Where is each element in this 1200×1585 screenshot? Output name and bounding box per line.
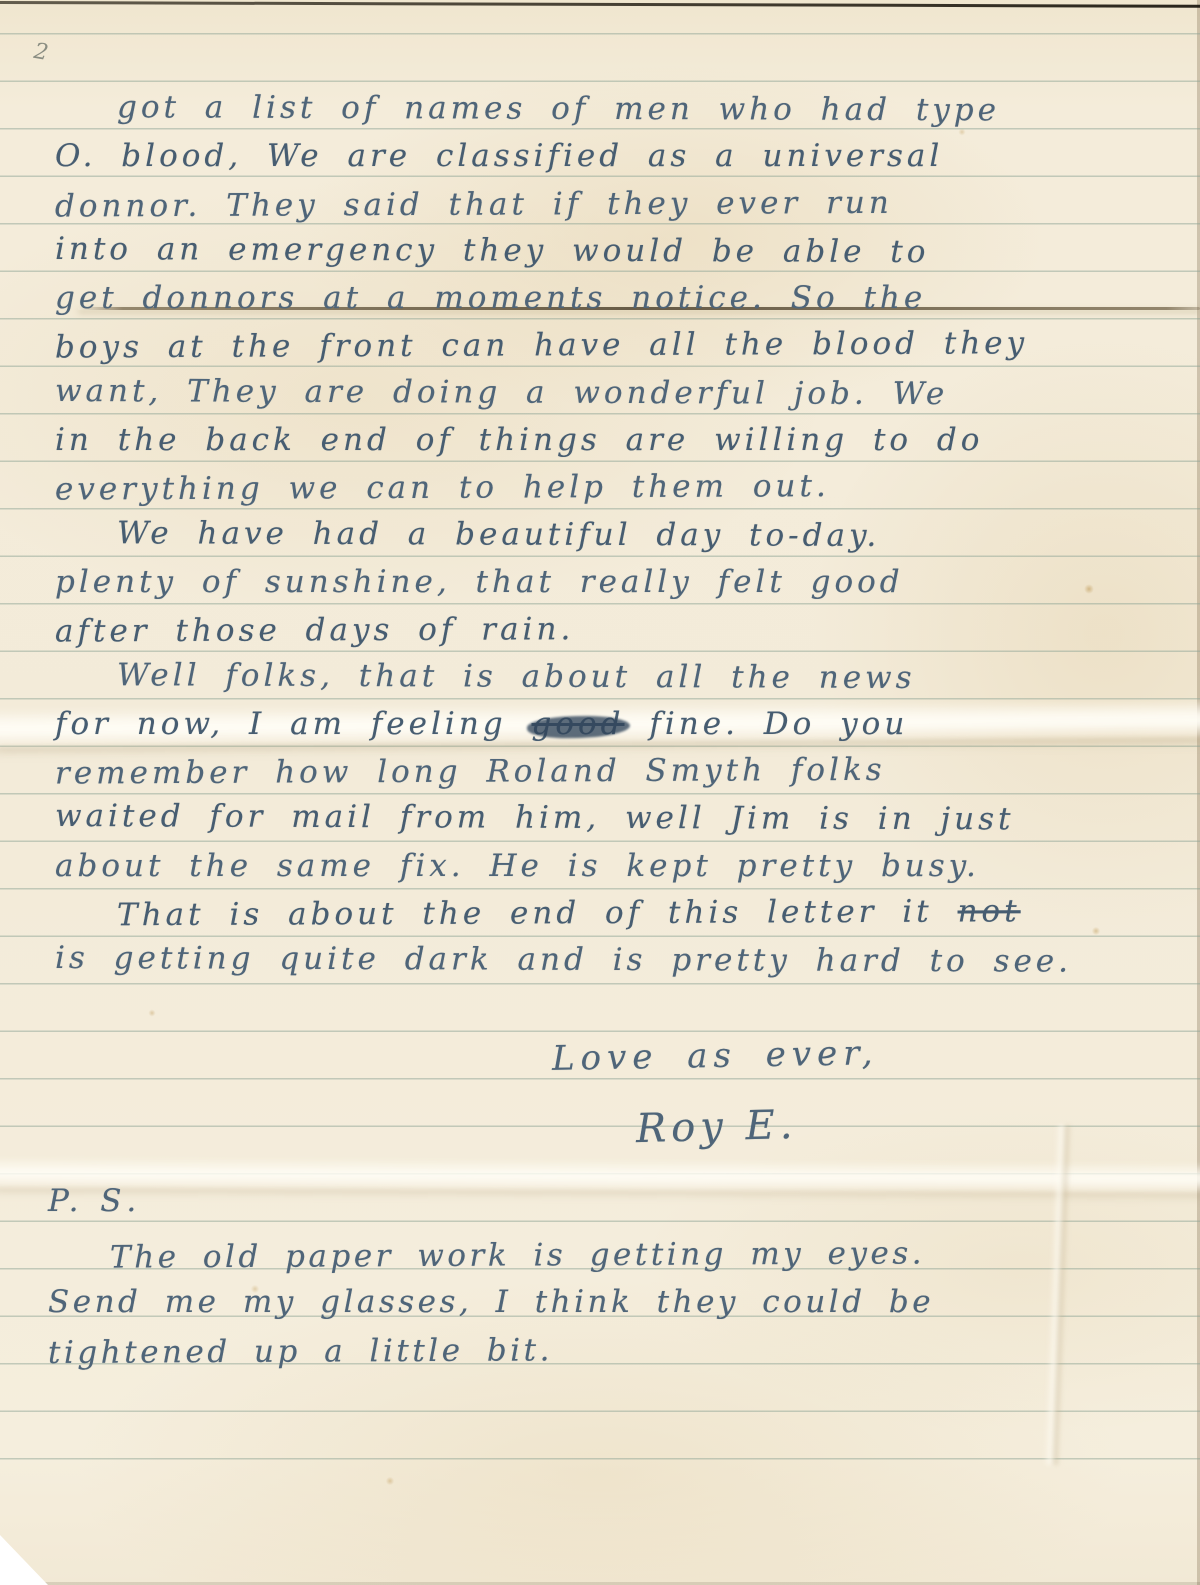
valediction: Love as ever, — [552, 1033, 879, 1079]
letter-closing: Love as ever, Roy E. — [0, 1030, 1200, 1170]
handwritten-line: is getting quite dark and is pretty hard… — [55, 935, 1200, 986]
postscript: P. S. The old paper work is getting my e… — [48, 1176, 1188, 1374]
handwritten-line: got a list of names of men who had type — [55, 84, 1200, 135]
handwritten-line: donnor. They said that if they ever run — [55, 178, 1200, 230]
handwritten-line: after those days of rain. — [55, 604, 1200, 656]
handwritten-line: in the back end of things are willing to… — [55, 417, 1200, 464]
handwritten-line: want, They are doing a wonderful job. We — [55, 368, 1200, 419]
postscript-line: tightened up a little bit. — [48, 1324, 1188, 1377]
crossed-out-word: not — [957, 893, 1020, 929]
handwritten-line: remember how long Roland Smyth folks — [55, 746, 1200, 798]
handwritten-line: boys at the front can have all the blood… — [55, 320, 1200, 372]
postscript-label: P. S. — [48, 1176, 1188, 1232]
handwritten-line: for now, I am feeling good fine. Do you — [55, 701, 1200, 748]
handwritten-line: O. blood, We are classified as a univers… — [55, 133, 1200, 180]
postscript-line: Send me my glasses, I think they could b… — [48, 1279, 1188, 1326]
handwritten-line: We have had a beautiful day to-day. — [55, 510, 1200, 561]
handwritten-line: plenty of sunshine, that really felt goo… — [55, 559, 1200, 606]
crossed-out-word: good — [532, 706, 625, 742]
scanned-letter-page: 2 got a list of names of men who had typ… — [0, 0, 1200, 1585]
handwritten-line: get donnors at a moments notice. So the — [55, 275, 1200, 322]
handwritten-line: waited for mail from him, well Jim is in… — [55, 793, 1200, 844]
handwritten-line: everything we can to help them out. — [55, 462, 1200, 514]
handwritten-line: about the same fix. He is kept pretty bu… — [55, 843, 1200, 890]
handwritten-line: That is about the end of this letter it … — [55, 888, 1200, 940]
letter-body: got a list of names of men who had typeO… — [55, 86, 1200, 985]
handwritten-line: into an emergency they would be able to — [55, 226, 1200, 277]
postscript-line: The old paper work is getting my eyes. — [48, 1229, 1188, 1282]
signature: Roy E. — [635, 1102, 798, 1152]
handwritten-line: Well folks, that is about all the news — [55, 652, 1200, 703]
